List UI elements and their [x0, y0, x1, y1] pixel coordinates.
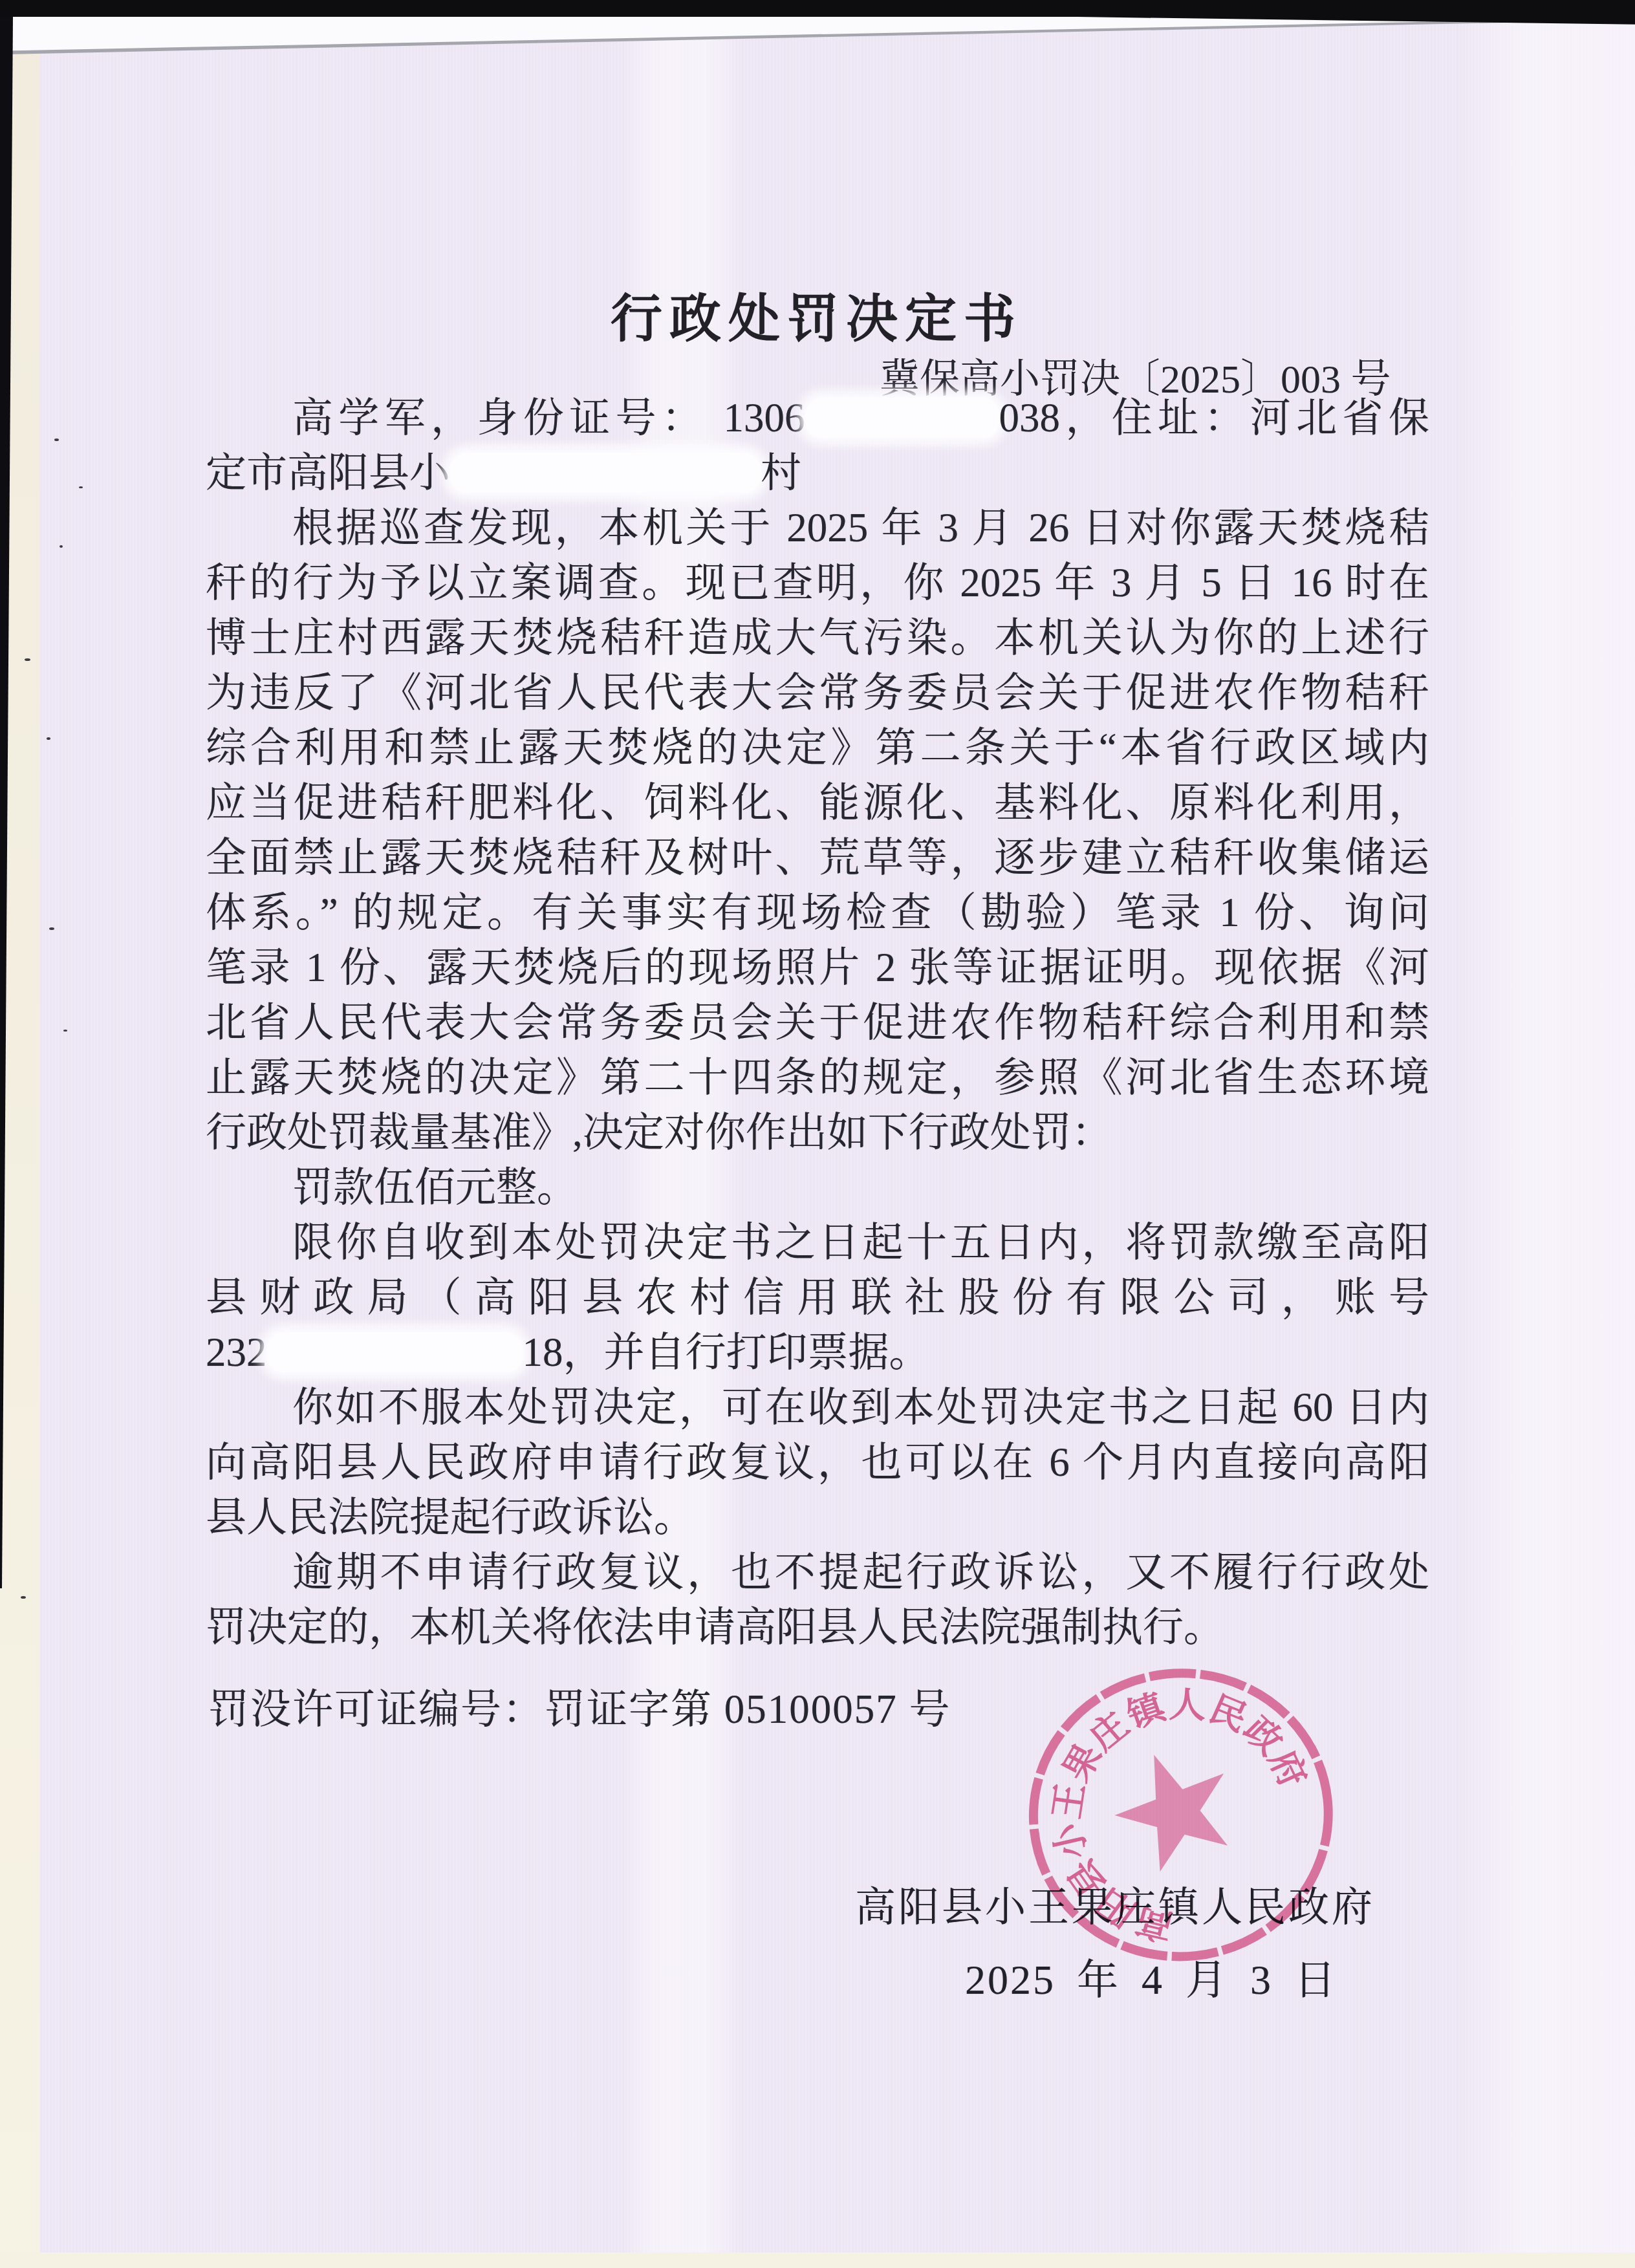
scan-speck	[21, 1596, 26, 1599]
text-line: 北省人民代表大会常务委员会关于促进农作物秸秆综合利用和禁	[206, 995, 1429, 1050]
scanned-document-page: 行政处罚决定书 冀保高小罚决〔2025〕003 号 高学军，身份证号： 1306…	[0, 0, 1635, 2268]
text-line: 罚款伍佰元整。	[206, 1160, 1429, 1215]
text-line: 县财政局（高阳县农村信用联社股份有限公司，账号	[206, 1270, 1429, 1325]
seal-ring-char: 人	[1168, 1676, 1207, 1728]
seal-ring-char: 王	[1037, 1780, 1094, 1822]
text-line: 应当促进秸秆肥料化、饲料化、能源化、基料化、原料化利用，	[206, 775, 1429, 830]
text-line: 体系。” 的规定。有关事实有现场检查（勘验）笔录 1 份、询问	[206, 885, 1429, 940]
text-line: 定市高阳县小村	[206, 446, 1429, 501]
text-line: 为违反了《河北省人民代表大会常务委员会关于促进农作物秸秆	[206, 665, 1429, 720]
redaction-mark	[805, 398, 999, 438]
text-line: 博士庄村西露天焚烧秸秆造成大气污染。本机关认为你的上述行	[206, 610, 1429, 665]
scan-speck	[60, 545, 63, 548]
redaction-mark	[267, 1332, 523, 1372]
official-seal: 高阳县小王果庄镇人民政府	[999, 1641, 1367, 1991]
document-body: 高学军，身份证号： 1306038，住址：河北省保定市高阳县小村根据巡查发现，本…	[206, 391, 1429, 1655]
text-line: 23218，并自行打印票据。	[206, 1325, 1429, 1380]
scan-speck	[47, 737, 50, 740]
scan-speck	[79, 486, 83, 488]
text-line: 向高阳县人民政府申请行政复议，也可以在 6 个月内直接向高阳	[206, 1435, 1429, 1490]
text-line: 根据巡查发现，本机关于 2025 年 3 月 26 日对你露天焚烧秸	[206, 501, 1429, 556]
paper-bottom-edge	[0, 2252, 1635, 2268]
text-line: 你如不服本处罚决定，可在收到本处罚决定书之日起 60 日内	[206, 1380, 1429, 1435]
text-line: 高学军，身份证号： 1306038，住址：河北省保	[206, 391, 1429, 446]
text-line: 止露天焚烧的决定》第二十四条的规定，参照《河北省生态环境	[206, 1050, 1429, 1105]
text-line: 逾期不申请行政复议，也不提起行政诉讼，又不履行行政处	[206, 1545, 1429, 1600]
text-line: 笔录 1 份、露天焚烧后的现场照片 2 张等证据证明。现依据《河	[206, 940, 1429, 995]
seal-ring-text: 高阳县小王果庄镇人民政府	[1000, 1647, 1366, 1985]
scan-speck	[49, 927, 54, 930]
scan-speck	[54, 438, 59, 441]
text-line: 县人民法院提起行政诉讼。	[206, 1490, 1429, 1545]
text-line: 行政处罚裁量基准》,决定对你作出如下行政处罚：	[206, 1105, 1429, 1160]
text-line: 全面禁止露天焚烧秸秆及树叶、荒草等，逐步建立秸秆收集储运	[206, 830, 1429, 885]
scan-speck	[25, 658, 30, 661]
scan-speck	[63, 1030, 67, 1031]
text-line: 限你自收到本处罚决定书之日起十五日内，将罚款缴至高阳	[206, 1215, 1429, 1270]
text-line: 综合利用和禁止露天焚烧的决定》第二条关于“本省行政区域内	[206, 720, 1429, 775]
text-line: 罚决定的，本机关将依法申请高阳县人民法院强制执行。	[206, 1600, 1429, 1655]
document-title: 行政处罚决定书	[611, 277, 1023, 351]
redaction-mark	[450, 453, 761, 493]
text-line: 秆的行为予以立案调查。现已查明，你 2025 年 3 月 5 日 16 时在	[206, 556, 1429, 610]
penalty-license-number-line: 罚没许可证编号：罚证字第 05100057 号	[208, 1676, 951, 1735]
